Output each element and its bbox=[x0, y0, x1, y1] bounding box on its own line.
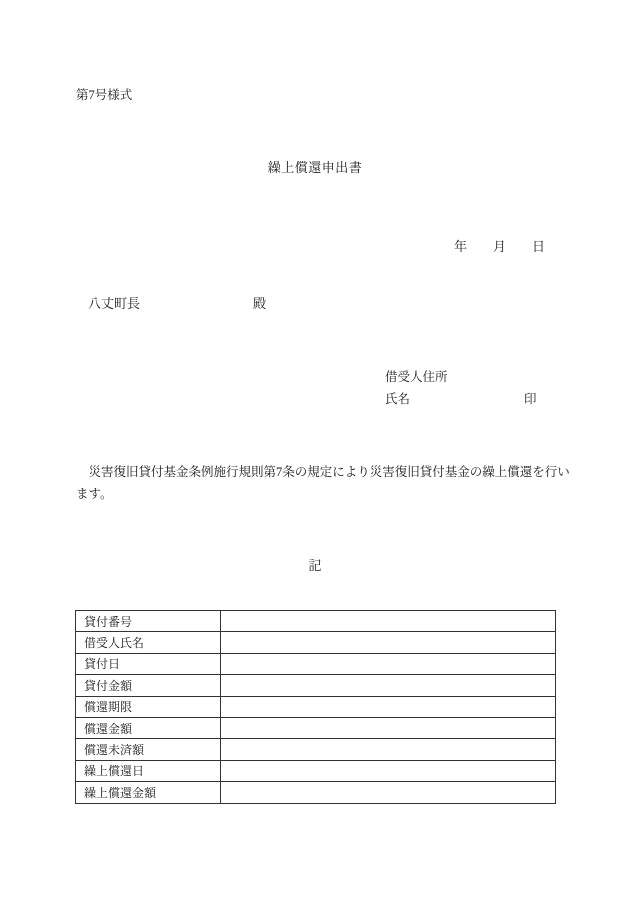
row-value-repayment-deadline bbox=[221, 696, 556, 717]
table-row: 貸付日 bbox=[76, 653, 556, 674]
row-value-borrower-name bbox=[221, 632, 556, 653]
body-line-2: ます。 bbox=[76, 483, 562, 505]
note-heading: 記 bbox=[0, 555, 630, 574]
form-title: 繰上償還申出書 bbox=[0, 157, 630, 176]
row-label-early-repayment-amount: 繰上償還金額 bbox=[76, 782, 221, 803]
row-value-loan-date bbox=[221, 653, 556, 674]
table-row: 貸付番号 bbox=[76, 611, 556, 632]
document-page: 第7号様式 繰上償還申出書 年 月 日 八丈町長 殿 借受人住所 氏名 印 災害… bbox=[0, 0, 630, 915]
row-label-repayment-deadline: 償還期限 bbox=[76, 696, 221, 717]
day-label: 日 bbox=[532, 236, 545, 255]
row-label-repayment-amount: 償還金額 bbox=[76, 717, 221, 738]
applicant-name-label: 氏名 bbox=[385, 389, 410, 407]
row-value-repayment-amount bbox=[221, 717, 556, 738]
body-paragraph: 災害復旧貸付基金条例施行規則第7条の規定により災害復旧貸付基金の繰上償還を行い … bbox=[76, 461, 562, 505]
row-value-loan-number bbox=[221, 611, 556, 632]
row-label-loan-date: 貸付日 bbox=[76, 653, 221, 674]
addressee-honorific: 殿 bbox=[253, 293, 266, 312]
body-line-1: 災害復旧貸付基金条例施行規則第7条の規定により災害復旧貸付基金の繰上償還を行い bbox=[76, 461, 562, 483]
table-row: 繰上償還日 bbox=[76, 760, 556, 781]
date-line: 年 月 日 bbox=[454, 236, 545, 255]
row-value-outstanding-amount bbox=[221, 739, 556, 760]
loan-table: 貸付番号 借受人氏名 貸付日 貸付金額 償還期限 償還金額 bbox=[75, 610, 556, 804]
row-label-loan-amount: 貸付金額 bbox=[76, 675, 221, 696]
year-label: 年 bbox=[454, 236, 467, 255]
row-label-borrower-name: 借受人氏名 bbox=[76, 632, 221, 653]
row-value-early-repayment-date bbox=[221, 760, 556, 781]
table-row: 償還金額 bbox=[76, 717, 556, 738]
table-row: 償還未済額 bbox=[76, 739, 556, 760]
row-label-loan-number: 貸付番号 bbox=[76, 611, 221, 632]
table-row: 償還期限 bbox=[76, 696, 556, 717]
table-row: 繰上償還金額 bbox=[76, 782, 556, 803]
addressee-name: 八丈町長 bbox=[88, 293, 140, 312]
applicant-address-label: 借受人住所 bbox=[385, 367, 448, 385]
row-label-early-repayment-date: 繰上償還日 bbox=[76, 760, 221, 781]
row-label-outstanding-amount: 償還未済額 bbox=[76, 739, 221, 760]
table-row: 借受人氏名 bbox=[76, 632, 556, 653]
month-label: 月 bbox=[493, 236, 506, 255]
seal-label: 印 bbox=[524, 389, 537, 407]
table-row: 貸付金額 bbox=[76, 675, 556, 696]
row-value-loan-amount bbox=[221, 675, 556, 696]
row-value-early-repayment-amount bbox=[221, 782, 556, 803]
form-number: 第7号様式 bbox=[76, 85, 132, 103]
